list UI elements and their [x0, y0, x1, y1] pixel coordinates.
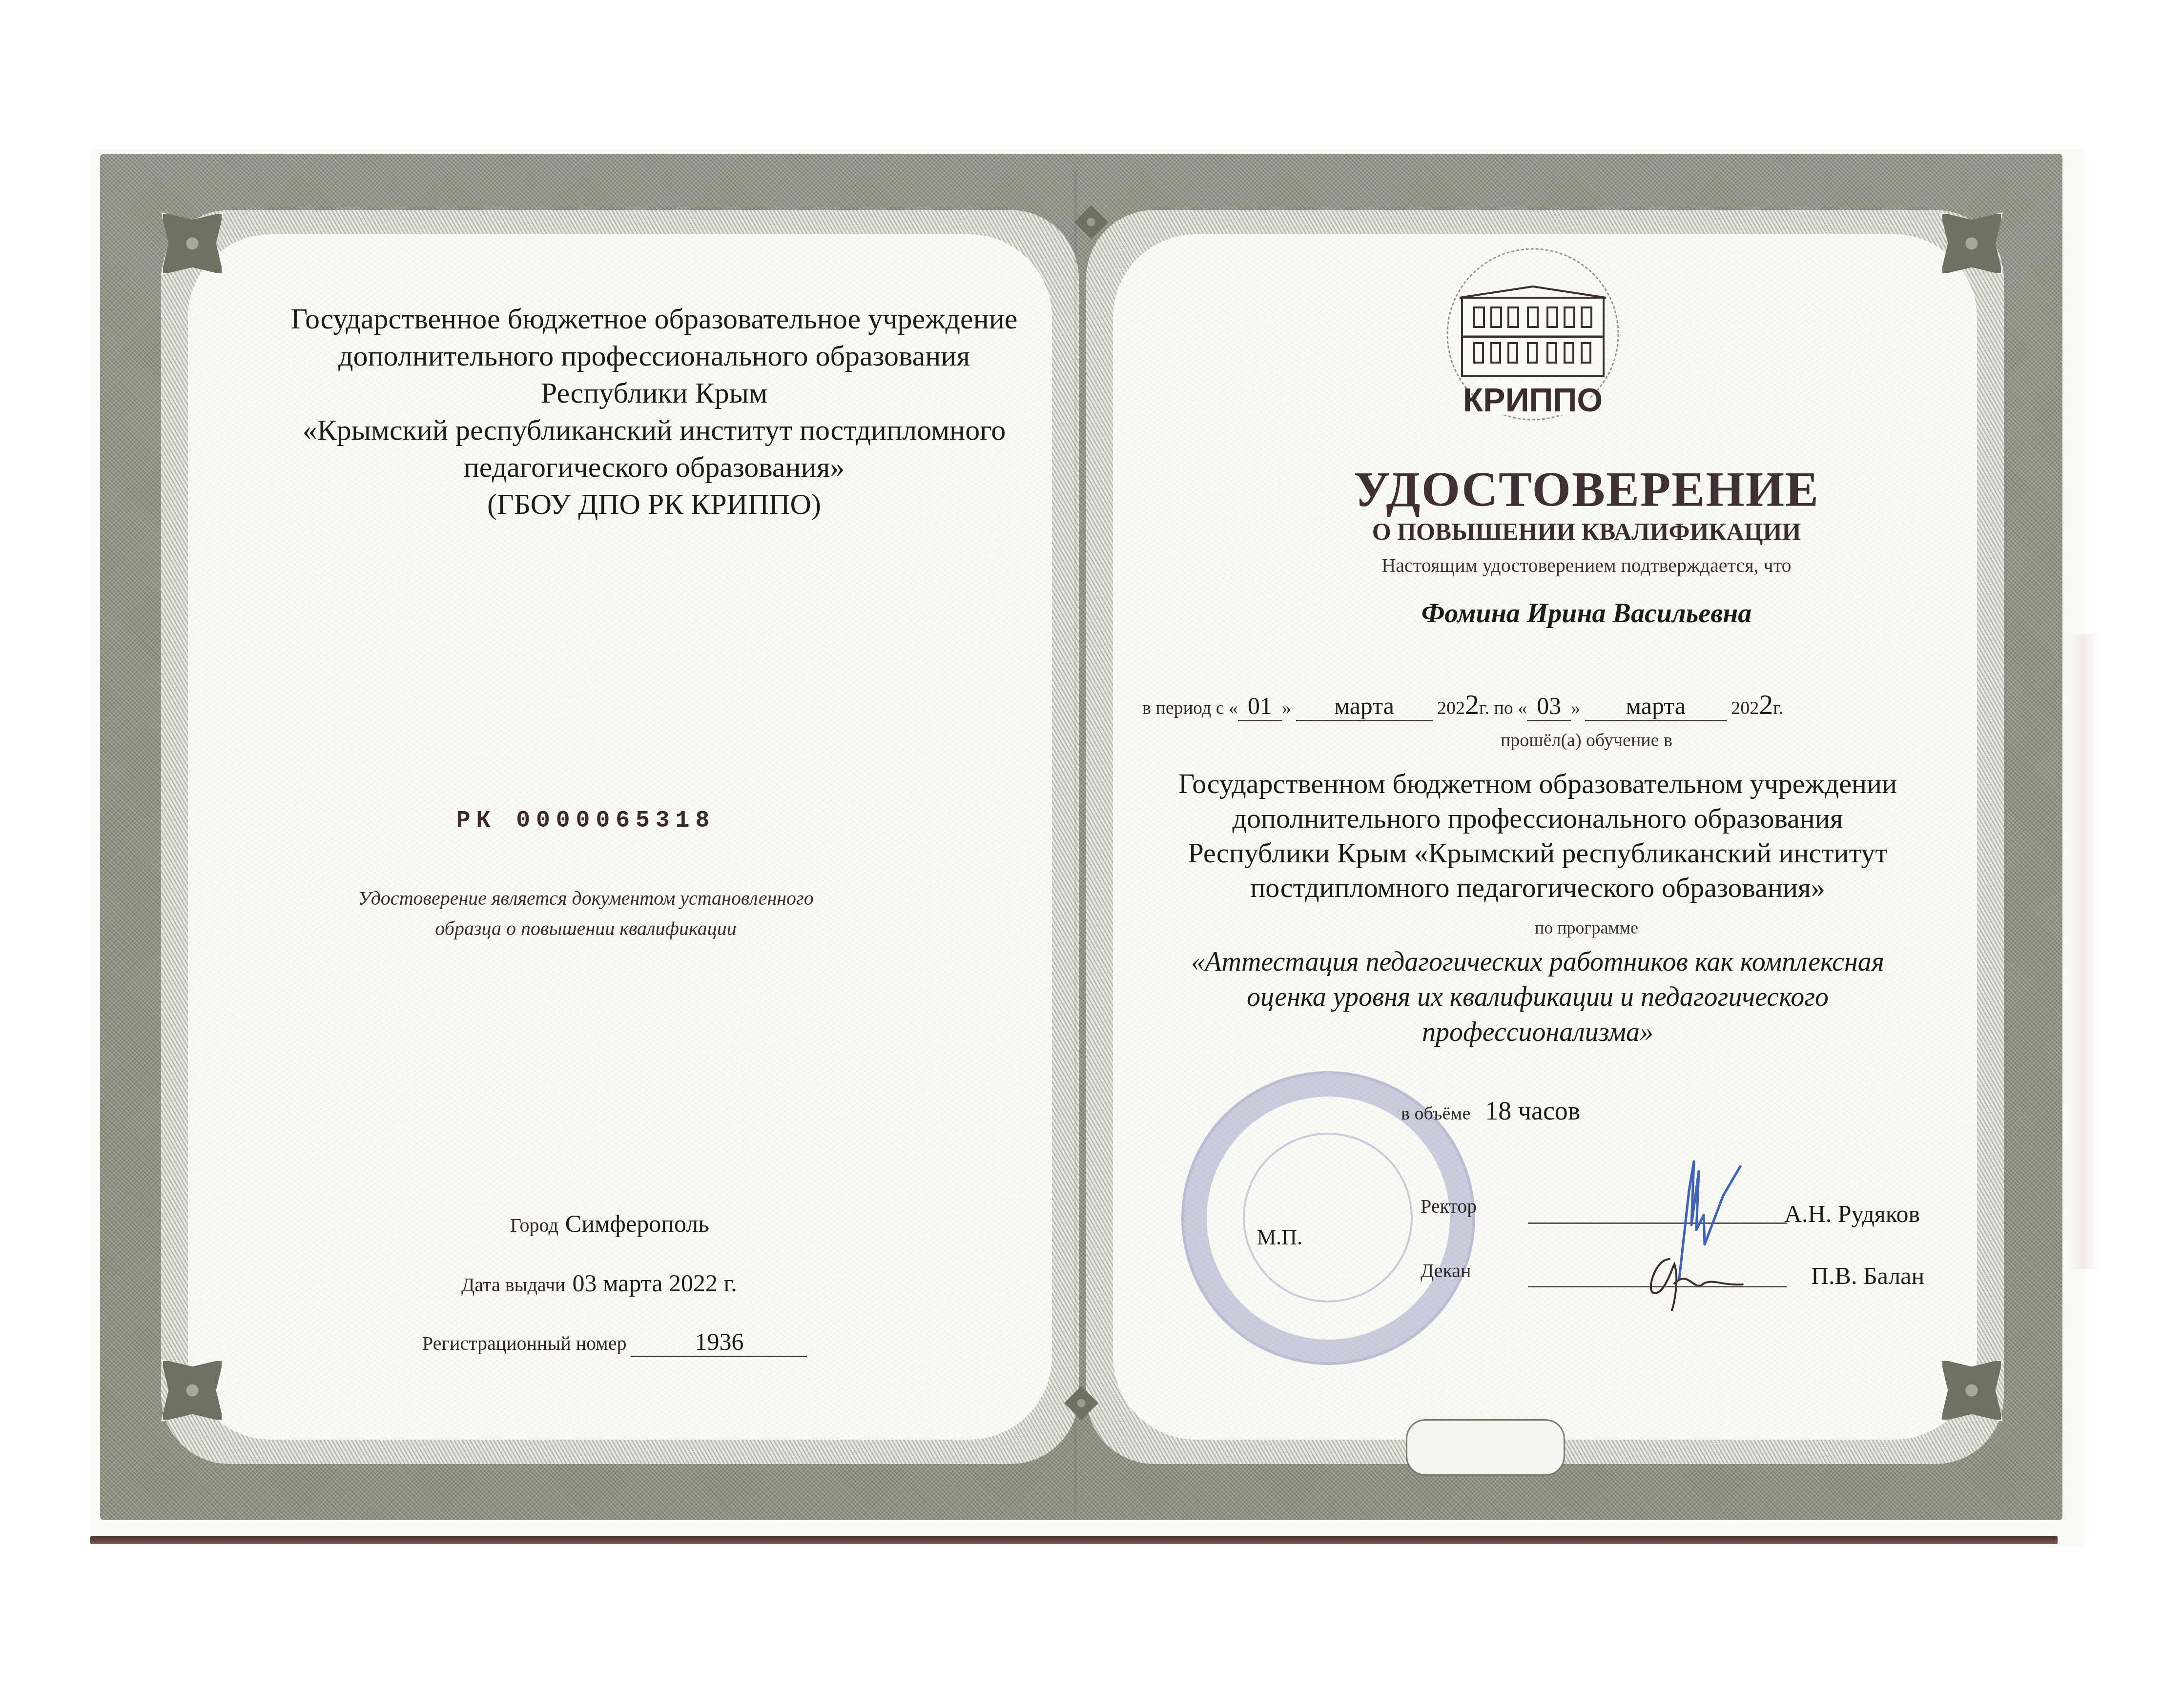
org-line: «Крымский республиканский институт постд…	[215, 411, 1093, 448]
org-line: дополнительного профессионального образо…	[215, 337, 1093, 374]
program-line: оценка уровня их квалификации и педагоги…	[1123, 979, 1953, 1015]
issue-date-value: 03 марта 2022 г.	[573, 1269, 737, 1297]
end-day: 03	[1527, 692, 1571, 721]
document-title: УДОСТОВЕРЕНИЕ	[1172, 461, 2001, 518]
city-field: ГородСимферополь	[510, 1209, 709, 1238]
dean-role: Декан	[1421, 1259, 1471, 1282]
start-day: 01	[1238, 692, 1282, 721]
quote: »	[1282, 698, 1291, 718]
start-month: марта	[1296, 692, 1433, 721]
start-year-digit: 2	[1465, 689, 1479, 720]
edge-tint	[2070, 634, 2099, 1269]
year-suffix: г.	[1479, 698, 1489, 718]
corner-ornament-icon	[1940, 212, 2003, 275]
issue-date-label: Дата выдачи	[461, 1274, 566, 1296]
volume-label: в объёме	[1401, 1103, 1470, 1124]
dean-name: П.В. Балан	[1811, 1262, 1924, 1290]
end-year-prefix: 202	[1731, 698, 1759, 718]
volume-field: в объёме18 часов	[1401, 1096, 1580, 1126]
volume-value: 18 часов	[1485, 1096, 1580, 1125]
corner-ornament-icon	[161, 212, 224, 275]
rector-name: А.Н. Рудяков	[1784, 1200, 1920, 1228]
org-line: Государственном бюджетном образовательно…	[1123, 766, 1953, 801]
recipient-name: Фомина Ирина Васильевна	[1172, 598, 2001, 629]
confirm-text: Настоящим удостоверением подтверждается,…	[1172, 554, 2001, 577]
note-line: Удостоверение является документом устано…	[268, 883, 903, 914]
reg-number-value: 1936	[631, 1327, 807, 1357]
issue-date-field: Дата выдачи03 марта 2022 г.	[461, 1269, 737, 1297]
program-label: по программе	[1172, 917, 2001, 938]
org-line: постдипломного педагогического образован…	[1123, 870, 1953, 905]
note-line: образца о повышении квалификации	[268, 914, 903, 944]
corner-ornament-icon	[1940, 1359, 2003, 1422]
program-line: профессионализма»	[1123, 1015, 1953, 1050]
org-line: Республики Крым «Крымский республикански…	[1123, 835, 1953, 870]
period-to: по	[1494, 698, 1513, 718]
org-line: Республики Крым	[215, 374, 1093, 411]
rector-role: Ректор	[1421, 1195, 1477, 1218]
dean-signature-icon	[1626, 1249, 1752, 1313]
year-suffix: г.	[1773, 698, 1783, 718]
org-line: (ГБОУ ДПО РК КРИППО)	[215, 486, 1093, 523]
issuer-organization: Государственное бюджетное образовательно…	[215, 300, 1093, 523]
org-line: педагогического образования»	[215, 448, 1093, 486]
sheet-edge-shadow	[90, 1536, 2058, 1544]
corner-ornament-icon	[161, 1359, 224, 1422]
blank-serial-box	[1406, 1419, 1565, 1476]
document-subtitle: О ПОВЫШЕНИИ КВАЛИФИКАЦИИ	[1172, 517, 2001, 546]
quote: »	[1571, 698, 1580, 718]
city-value: Симферополь	[565, 1210, 709, 1237]
document-note: Удостоверение является документом устано…	[268, 883, 903, 944]
logo-acronym: КРИППО	[1463, 382, 1603, 419]
period-prefix: в период с	[1142, 698, 1224, 718]
org-line: Государственное бюджетное образовательно…	[215, 300, 1093, 337]
reg-number-label: Регистрационный номер	[422, 1332, 626, 1354]
quote: «	[1229, 698, 1238, 718]
end-month: марта	[1585, 692, 1727, 721]
end-year-digit: 2	[1759, 689, 1773, 720]
trained-text: прошёл(а) обучение в	[1172, 730, 2001, 751]
training-period: в период с «01» марта 2022г. по «03» мар…	[1142, 688, 1972, 721]
krippo-logo: КРИППО	[1425, 246, 1640, 422]
start-year-prefix: 202	[1437, 698, 1465, 718]
program-line: «Аттестация педагогических работников ка…	[1123, 944, 1953, 979]
program-title: «Аттестация педагогических работников ка…	[1123, 944, 1953, 1050]
city-label: Город	[510, 1214, 558, 1236]
org-line: дополнительного профессионального образо…	[1123, 801, 1953, 835]
stamp-label: М.П.	[1257, 1225, 1302, 1250]
quote: «	[1518, 698, 1527, 718]
reg-number-field: Регистрационный номер1936	[422, 1327, 807, 1357]
serial-number: РК 0000065318	[293, 808, 879, 834]
training-organization: Государственном бюджетном образовательно…	[1123, 766, 1953, 905]
